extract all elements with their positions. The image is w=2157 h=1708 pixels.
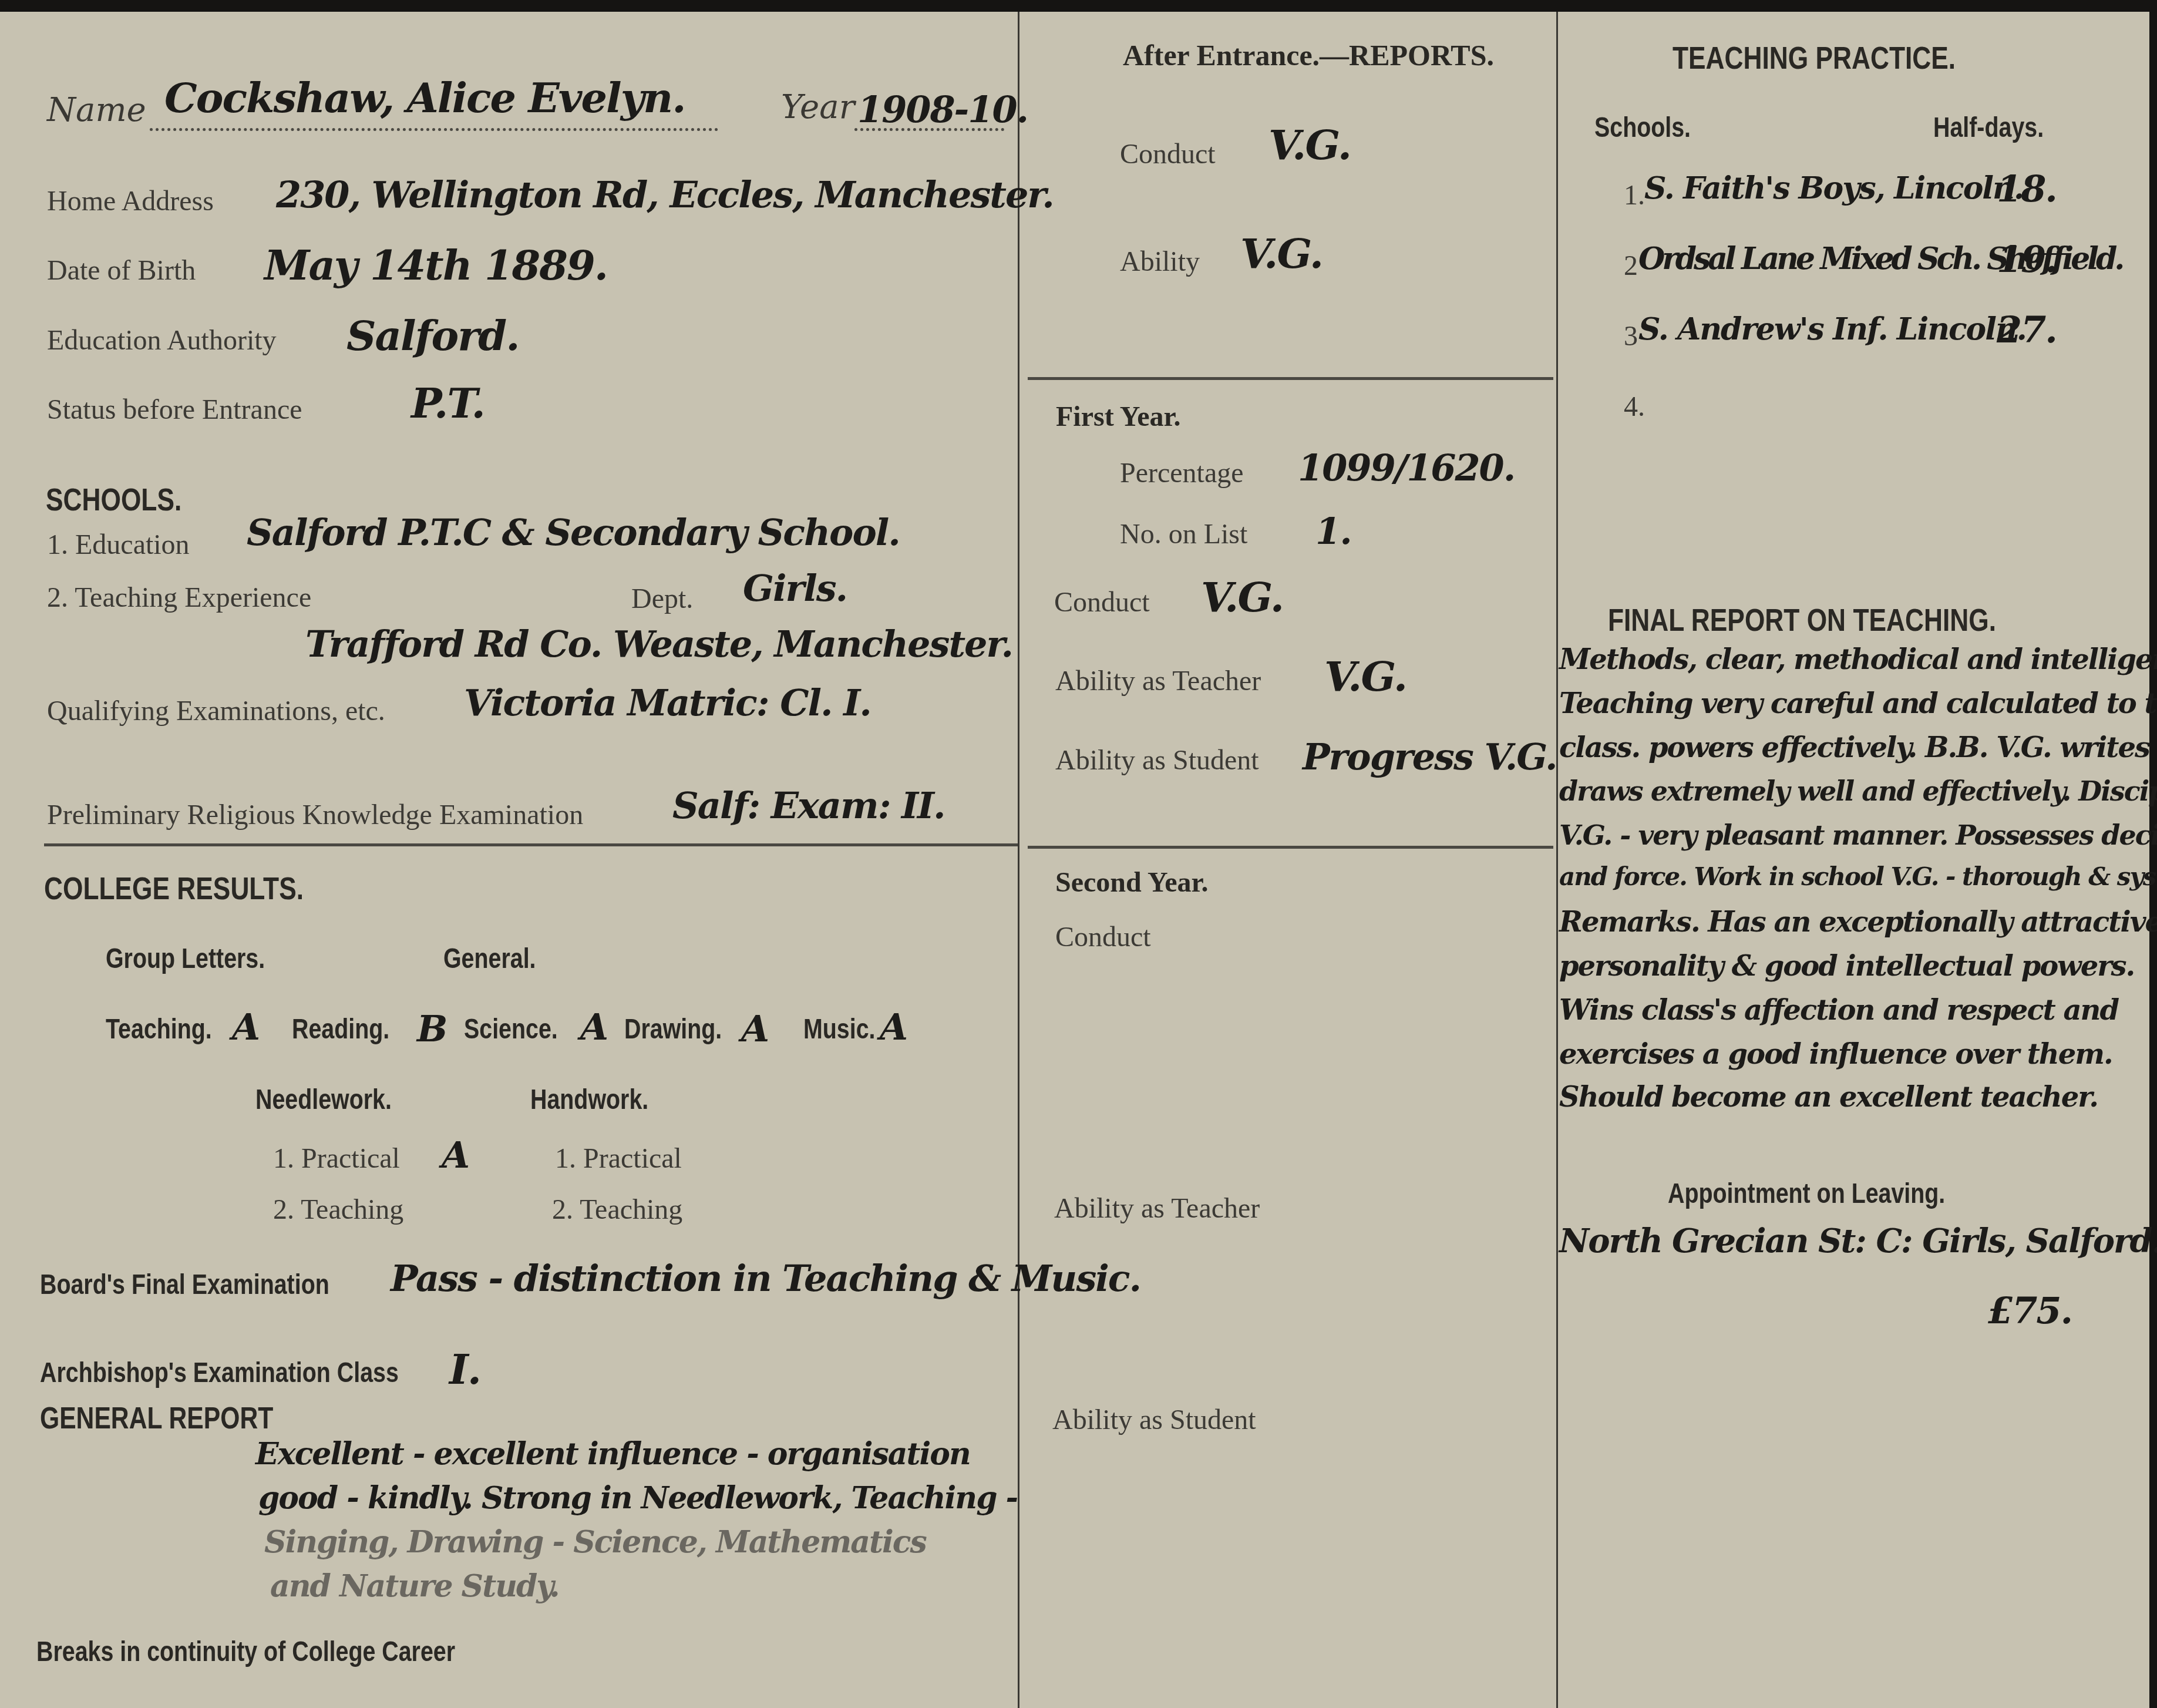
archbishop-label: Archbishop's Examination Class: [40, 1357, 399, 1389]
final-report-line-11: Should become an excellent teacher.: [1559, 1081, 2098, 1114]
year-value: 1908-10.: [857, 88, 1028, 131]
second-year-ability-student-label: Ability as Student: [1052, 1404, 1256, 1436]
after-entrance-ability-value: V.G.: [1240, 229, 1323, 278]
subject-science-grade: A: [580, 1006, 607, 1048]
first-year-ability-student-value: Progress V.G.: [1303, 735, 1557, 778]
qualifying-label: Qualifying Examinations, etc.: [47, 695, 385, 727]
no-on-list-value: 1.: [1315, 510, 1351, 553]
first-year-ability-teacher-value: V.G.: [1324, 652, 1406, 701]
after-entrance-heading: After Entrance.—REPORTS.: [1123, 38, 1494, 72]
middle-divider-2: [1028, 846, 1553, 849]
subject-drawing-grade: A: [741, 1007, 768, 1050]
final-report-line-9: Wins class's affection and respect and: [1559, 994, 2118, 1027]
final-report-line-6: and force. Work in school V.G. - thoroug…: [1559, 862, 2157, 891]
subject-music-grade: A: [880, 1006, 907, 1048]
first-year-heading: First Year.: [1056, 401, 1180, 433]
college-results-heading: COLLEGE RESULTS.: [44, 870, 304, 907]
subject-reading-grade: B: [417, 1007, 446, 1050]
percentage-value: 1099/1620.: [1298, 446, 1515, 489]
final-report-line-8: personality & good intellectual powers.: [1559, 950, 2134, 983]
general-report-line-3: Singing, Drawing - Science, Mathematics: [264, 1524, 926, 1560]
final-report-line-4: draws extremely well and effectively. Di…: [1559, 775, 2157, 807]
breaks-label: Breaks in continuity of College Career: [36, 1636, 455, 1668]
name-dotted-line: [150, 128, 718, 131]
final-report-line-7: Remarks. Has an exceptionally attractive: [1559, 906, 2157, 939]
subject-drawing-label: Drawing.: [624, 1013, 722, 1045]
teaching-experience-label: 2. Teaching Experience: [47, 581, 311, 614]
second-year-ability-teacher-label: Ability as Teacher: [1054, 1192, 1260, 1225]
practice-row-2-num: 2: [1624, 250, 1638, 282]
practice-row-3-school: S. Andrew's Inf. Lincoln.: [1638, 311, 2026, 347]
subject-science-label: Science.: [464, 1013, 558, 1045]
schools-column-label: Schools.: [1594, 112, 1691, 144]
second-year-conduct-label: Conduct: [1055, 921, 1151, 953]
archbishop-value: I.: [449, 1345, 480, 1394]
name-label: Name: [47, 91, 146, 129]
religious-value: Salf: Exam: II.: [672, 784, 945, 827]
handwork-label: Handwork.: [530, 1084, 648, 1116]
practice-row-3-num: 3: [1624, 320, 1638, 352]
percentage-label: Percentage: [1120, 457, 1244, 489]
practice-row-1-school: S. Faith's Boys, Lincoln.: [1644, 170, 2023, 206]
general-report-label: GENERAL REPORT: [40, 1401, 273, 1436]
practice-row-2-halfdays: 19.: [1997, 238, 2057, 281]
handwork-practical-label: 1. Practical: [555, 1142, 682, 1175]
status-label: Status before Entrance: [47, 394, 302, 426]
practice-row-4-num: 4.: [1624, 391, 1645, 423]
dob-value: May 14th 1889.: [264, 241, 607, 290]
qualifying-value: Victoria Matric: Cl. I.: [464, 681, 871, 724]
dept-label: Dept.: [631, 583, 693, 615]
needlework-label: Needlework.: [255, 1084, 392, 1116]
subject-music-label: Music.: [803, 1013, 875, 1045]
needlework-practical-grade: A: [442, 1134, 469, 1176]
after-entrance-ability-label: Ability: [1120, 246, 1200, 278]
no-on-list-label: No. on List: [1120, 518, 1247, 550]
first-year-conduct-label: Conduct: [1054, 586, 1150, 618]
appointment-value: North Grecian St: C: Girls, Salford.: [1559, 1222, 2157, 1260]
final-report-line-3: class. powers effectively. B.B. V.G. wri…: [1559, 731, 2157, 764]
dob-label: Date of Birth: [47, 254, 196, 287]
after-entrance-conduct-label: Conduct: [1120, 138, 1216, 170]
record-card: Name Cockshaw, Alice Evelyn. Year 1908-1…: [0, 12, 2149, 1708]
status-value: P.T.: [411, 379, 484, 428]
appointment-heading: Appointment on Leaving.: [1668, 1178, 1945, 1210]
education-authority-label: Education Authority: [47, 324, 277, 357]
subject-reading-label: Reading.: [292, 1013, 389, 1045]
general-report-line-2: good - kindly. Strong in Needlework, Tea…: [258, 1480, 1017, 1516]
final-report-line-5: V.G. - very pleasant manner. Possesses d…: [1559, 819, 2157, 851]
general-label: General.: [443, 943, 536, 975]
left-section-divider: [44, 843, 1018, 846]
handwork-teaching-label: 2. Teaching: [552, 1193, 682, 1226]
boards-final-value: Pass - distinction in Teaching & Music.: [391, 1257, 1140, 1300]
teaching-practice-heading: TEACHING PRACTICE.: [1673, 40, 1956, 76]
general-report-line-1: Excellent - excellent influence - organi…: [255, 1436, 970, 1472]
second-year-heading: Second Year.: [1055, 866, 1208, 899]
appointment-salary: £75.: [1988, 1289, 2072, 1332]
column-divider-left: [1018, 12, 1019, 1708]
first-year-ability-student-label: Ability as Student: [1055, 744, 1259, 776]
practice-row-1-halfdays: 18.: [1997, 167, 2057, 210]
name-value: Cockshaw, Alice Evelyn.: [164, 73, 685, 122]
group-letters-label: Group Letters.: [106, 943, 265, 975]
subject-teaching-label: Teaching.: [106, 1013, 212, 1045]
practice-row-1-num: 1.: [1624, 179, 1645, 211]
practice-row-3-halfdays: 27.: [1997, 308, 2057, 351]
general-report-line-4: and Nature Study.: [270, 1568, 559, 1604]
year-label: Year: [781, 88, 854, 126]
needlework-practical-label: 1. Practical: [273, 1142, 400, 1175]
religious-label: Preliminary Religious Knowledge Examinat…: [47, 799, 583, 831]
final-report-line-1: Methods, clear, methodical and intellige…: [1559, 643, 2157, 676]
education-authority-value: Salford.: [346, 311, 519, 360]
halfdays-column-label: Half-days.: [1933, 112, 2044, 144]
teaching-experience-value: Trafford Rd Co. Weaste, Manchester.: [305, 623, 1012, 665]
subject-teaching-grade: A: [232, 1006, 259, 1048]
first-year-conduct-value: V.G.: [1201, 573, 1283, 621]
home-address-label: Home Address: [47, 185, 214, 217]
home-address-value: 230, Wellington Rd, Eccles, Manchester.: [276, 173, 1054, 216]
after-entrance-conduct-value: V.G.: [1268, 120, 1351, 169]
column-divider-right: [1556, 12, 1558, 1708]
education-value: Salford P.T.C & Secondary School.: [247, 511, 900, 554]
schools-heading: SCHOOLS.: [46, 482, 181, 518]
needlework-teaching-label: 2. Teaching: [273, 1193, 403, 1226]
dept-value: Girls.: [743, 567, 847, 610]
final-report-line-10: exercises a good influence over them.: [1559, 1038, 2112, 1071]
first-year-ability-teacher-label: Ability as Teacher: [1055, 665, 1261, 697]
final-report-heading: FINAL REPORT ON TEACHING.: [1608, 602, 1996, 638]
final-report-line-2: Teaching very careful and calculated to …: [1559, 687, 2157, 720]
boards-final-label: Board's Final Examination: [40, 1269, 329, 1301]
education-label: 1. Education: [47, 529, 190, 561]
middle-divider-1: [1028, 377, 1553, 380]
